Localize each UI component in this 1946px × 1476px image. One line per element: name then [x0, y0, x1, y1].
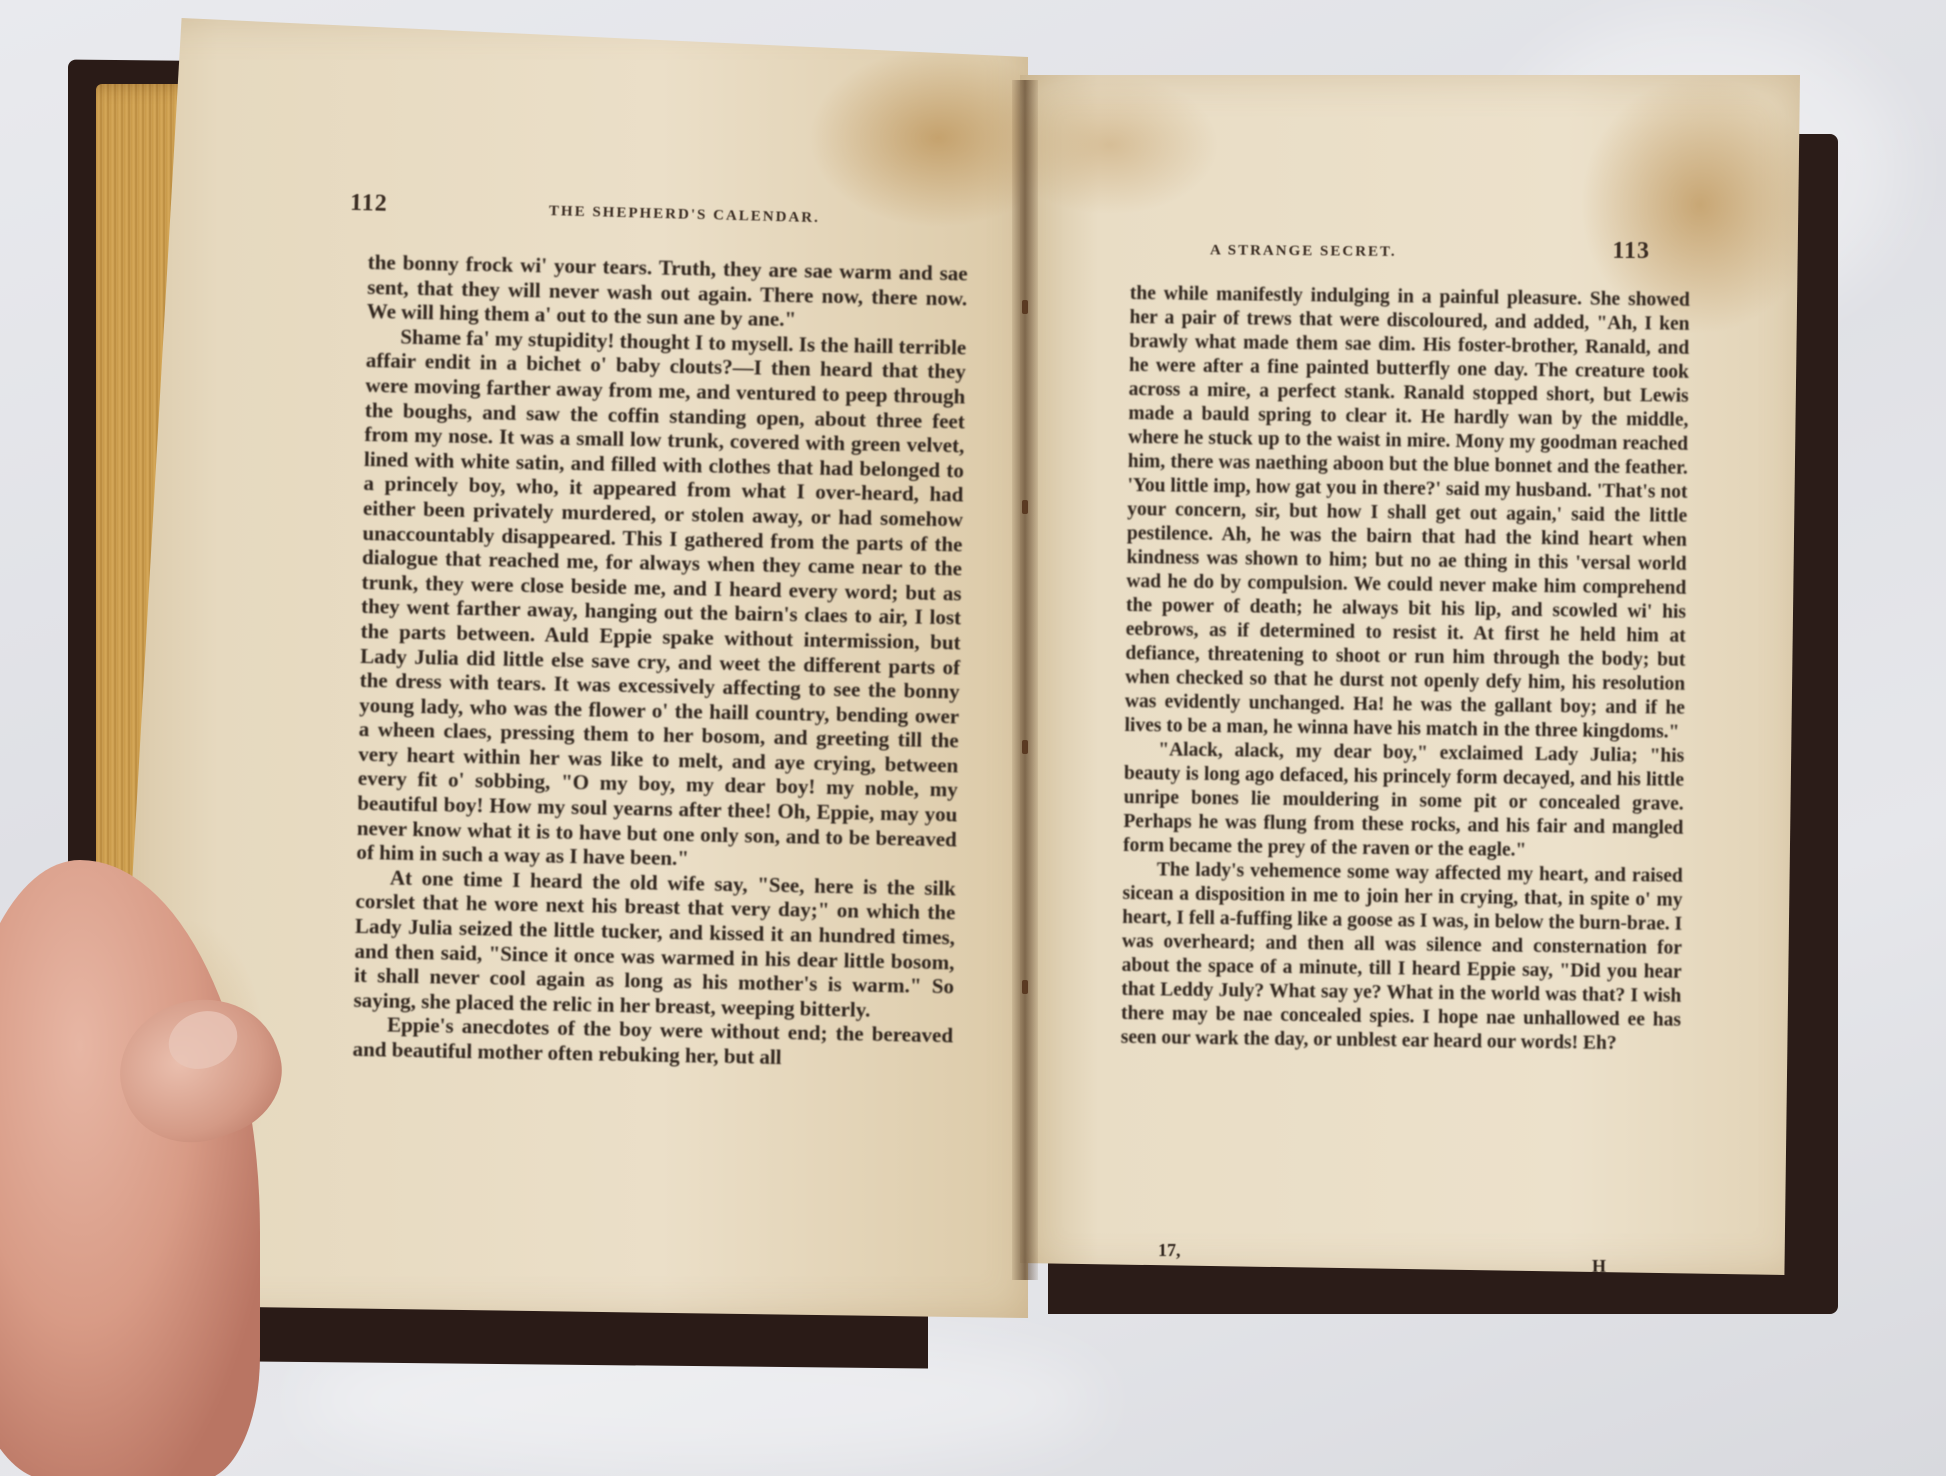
right-running-head: A STRANGE SECRET. 113: [1150, 234, 1650, 265]
paragraph: the bonny frock wi' your tears. Truth, t…: [367, 250, 968, 335]
binding-stitch: [1022, 300, 1028, 314]
signature-mark-right: H: [1592, 1256, 1606, 1277]
binding-stitch: [1022, 500, 1028, 514]
paragraph: Shame fa' my stupidity! thought I to mys…: [356, 324, 966, 876]
binding-stitch: [1022, 740, 1028, 754]
left-page-body: the bonny frock wi' your tears. Truth, t…: [352, 250, 967, 1073]
book-gutter: [1012, 80, 1038, 1280]
right-page-number: 113: [1612, 238, 1650, 265]
right-page-body: the while manifestly indulging in a pain…: [1121, 282, 1690, 1057]
right-running-title: A STRANGE SECRET.: [1210, 242, 1397, 261]
signature-mark-left: 17,: [1158, 1240, 1181, 1261]
paragraph: At one time I heard the old wife say, "S…: [353, 865, 956, 1024]
paragraph: the while manifestly indulging in a pain…: [1124, 282, 1690, 745]
paragraph: "Alack, alack, my dear boy," exclaimed L…: [1123, 738, 1684, 865]
left-page-number: 112: [350, 190, 388, 218]
binding-stitch: [1022, 980, 1028, 994]
paragraph: The lady's vehemence some way affected m…: [1121, 858, 1683, 1057]
